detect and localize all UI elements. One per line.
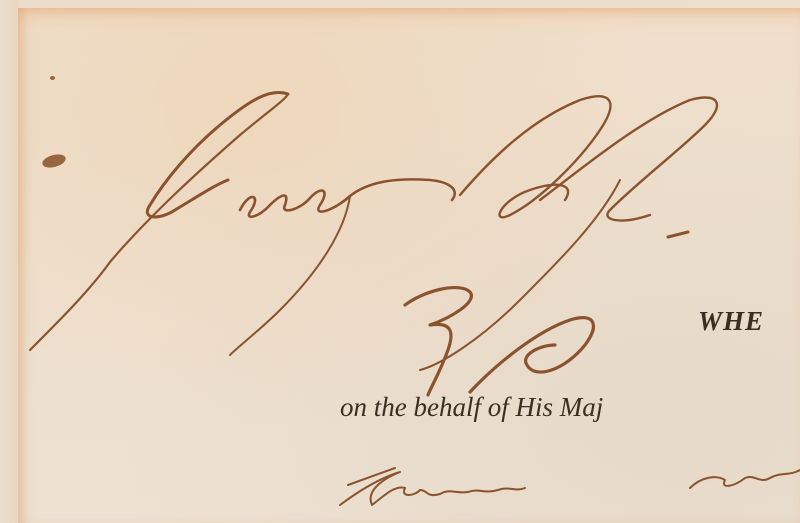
- printed-heading: WHE: [698, 306, 764, 337]
- royal-signature: [0, 0, 800, 523]
- printed-text-line: on the behalf of His Maj: [340, 392, 603, 423]
